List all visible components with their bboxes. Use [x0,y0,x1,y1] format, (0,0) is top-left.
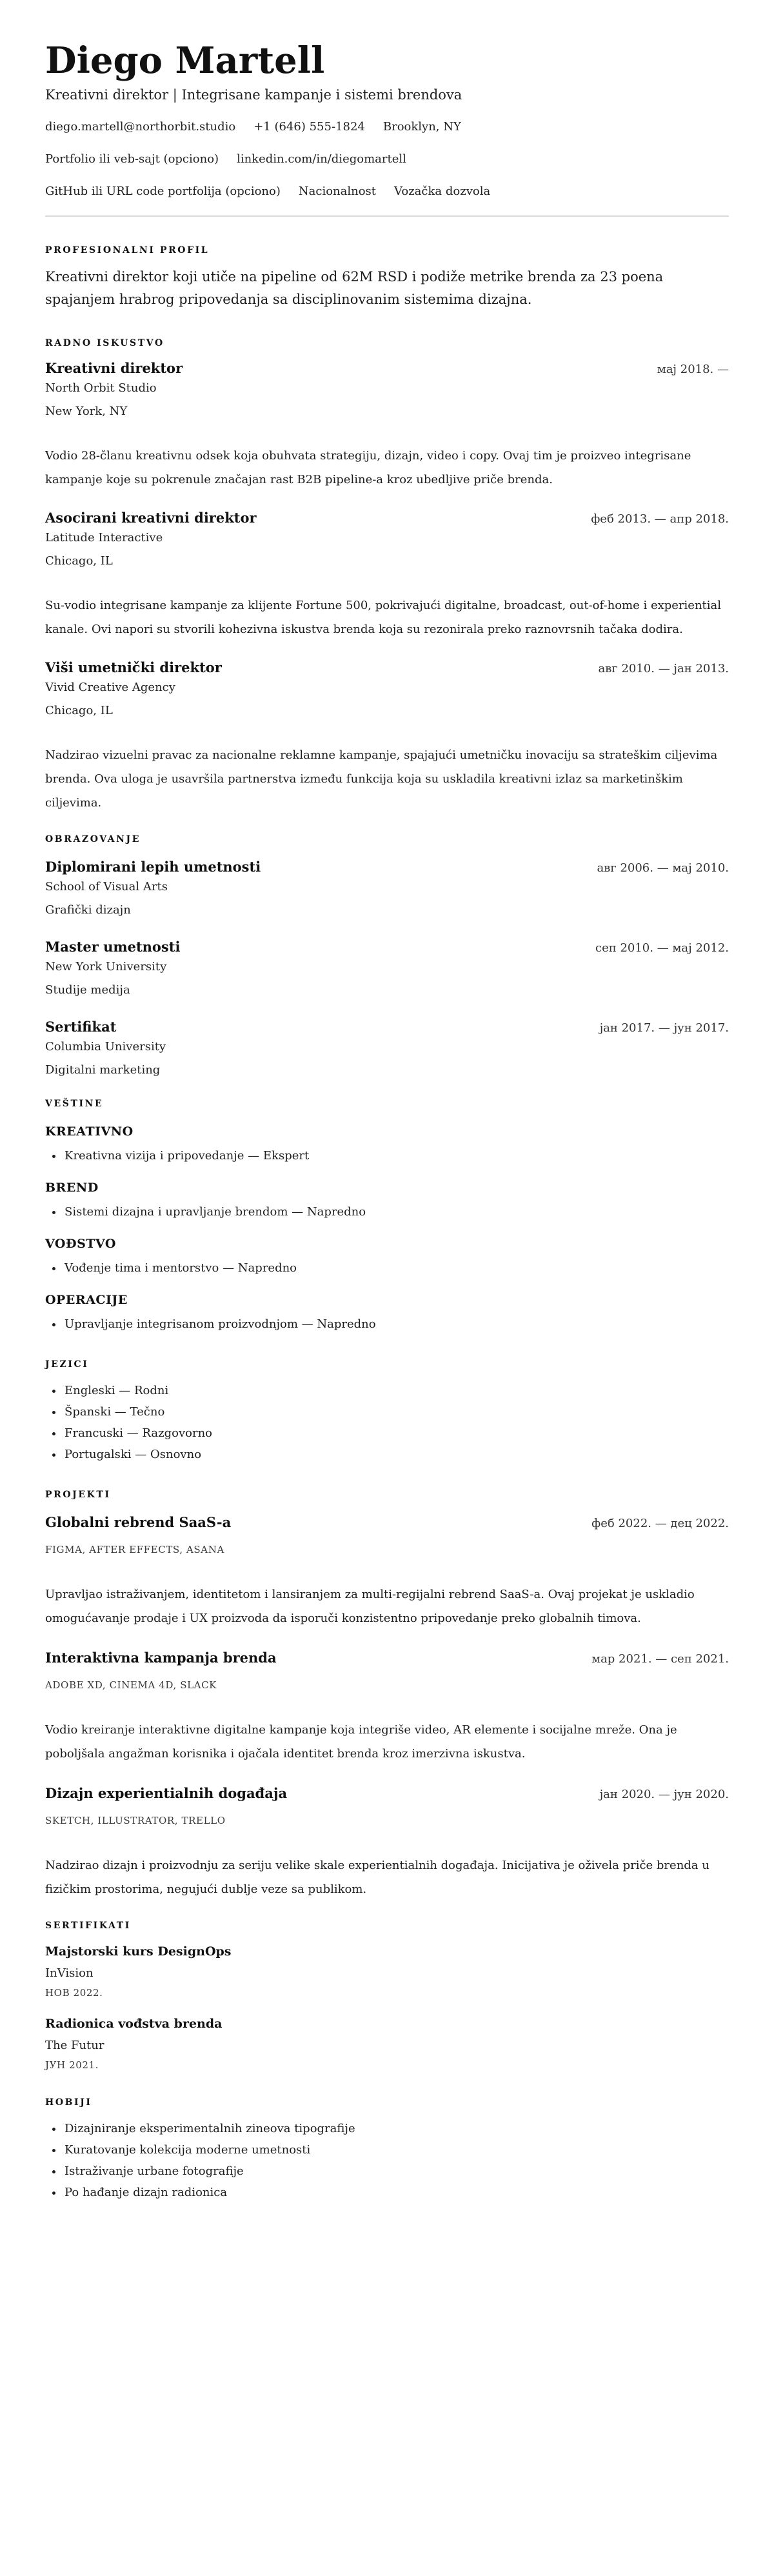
section-title-certificates: SERTIFIKATI [45,1919,729,1932]
language-item: Španski — Tečno [63,1401,729,1423]
skill-category: VOĐSTVO [45,1235,729,1252]
contact-item[interactable]: diego.martell@northorbit.studio [45,120,235,134]
languages-list: Engleski — RodniŠpanski — TečnoFrancuski… [45,1380,729,1465]
certificates-section: SERTIFIKATI Majstorski kurs DesignOpsInV… [45,1919,729,2073]
job-dates: феб 2013. — апр 2018. [591,510,729,529]
section-title-languages: JEZICI [45,1358,729,1371]
education-entry-header: Master umetnostiсеп 2010. — мај 2012. [45,937,729,958]
contact-row: Portfolio ili veb-sajt (opciono)linkedin… [45,151,729,168]
contact-item: Vozačka dozvola [394,185,490,198]
project-entry: Dizajn experientialnih događajaјан 2020.… [45,1784,729,1901]
contact-row: GitHub ili URL code portfolija (opciono)… [45,183,729,200]
job-dates: мај 2018. — [657,360,729,379]
contact-info: diego.martell@northorbit.studio+1 (646) … [45,119,729,200]
project-description: Vodio kreiranje interaktivne digitalne k… [45,1718,729,1766]
language-item: Francuski — Razgovorno [63,1423,729,1444]
language-item: Engleski — Rodni [63,1380,729,1401]
hobby-item: Dizajniranje eksperimentalnih zineova ti… [63,2118,729,2139]
education-dates: авг 2006. — мај 2010. [597,859,729,878]
school-name: School of Visual Arts [45,878,729,896]
project-dates: феб 2022. — дец 2022. [591,1514,729,1533]
section-title-profile: PROFESIONALNI PROFIL [45,244,729,257]
experience-entry-header: Viši umetnički direktorавг 2010. — јан 2… [45,658,729,679]
project-description: Nadzirao dizajn i proizvodnju za seriju … [45,1853,729,1901]
school-name: New York University [45,958,729,976]
job-title: Asocirani kreativni direktor [45,508,257,528]
resume-header: Diego Martell Kreativni direktor | Integ… [45,37,729,200]
skill-item: Upravljanje integrisanom proizvodnjom — … [63,1313,729,1335]
skill-items: Upravljanje integrisanom proizvodnjom — … [45,1313,729,1335]
education-dates: сеп 2010. — мај 2012. [595,939,729,958]
hobbies-section: HOBIJI Dizajniranje eksperimentalnih zin… [45,2096,729,2203]
certificate-entry: Majstorski kurs DesignOpsInVisionНОВ 202… [45,1942,729,2001]
education-entry-header: Sertifikatјан 2017. — јун 2017. [45,1017,729,1038]
job-location: Chicago, IL [45,702,729,720]
certificates-list: Majstorski kurs DesignOpsInVisionНОВ 202… [45,1942,729,2073]
section-title-hobbies: HOBIJI [45,2096,729,2109]
job-dates: авг 2010. — јан 2013. [598,659,729,679]
project-header: Globalni rebrend SaaS-aфеб 2022. — дец 2… [45,1513,729,1533]
education-entry: Diplomirani lepih umetnostiавг 2006. — м… [45,857,729,919]
certificate-name: Radionica vođstva brenda [45,2015,729,2033]
skill-items: Kreativna vizija i pripovedanje — Eksper… [45,1145,729,1166]
candidate-name: Diego Martell [45,37,729,84]
education-entry: Master umetnostiсеп 2010. — мај 2012.New… [45,937,729,999]
skill-item: Vođenje tima i mentorstvo — Napredno [63,1257,729,1279]
projects-list: Globalni rebrend SaaS-aфеб 2022. — дец 2… [45,1513,729,1901]
experience-list: Kreativni direktorмај 2018. —North Orbit… [45,359,729,815]
languages-section: JEZICI Engleski — RodniŠpanski — TečnoFr… [45,1358,729,1465]
experience-entry-header: Asocirani kreativni direktorфеб 2013. — … [45,508,729,529]
project-dates: мар 2021. — сеп 2021. [591,1650,729,1669]
job-title: Viši umetnički direktor [45,658,222,677]
project-tech: FIGMA, AFTER EFFECTS, ASANA [45,1543,729,1557]
project-header: Dizajn experientialnih događajaјан 2020.… [45,1784,729,1804]
certificate-date: НОВ 2022. [45,1985,729,2001]
school-name: Columbia University [45,1038,729,1056]
project-dates: јан 2020. — јун 2020. [600,1785,729,1804]
project-name: Interaktivna kampanja brenda [45,1648,277,1668]
hobbies-list: Dizajniranje eksperimentalnih zineova ti… [45,2118,729,2203]
job-location: Chicago, IL [45,552,729,570]
experience-entry: Viši umetnički direktorавг 2010. — јан 2… [45,658,729,815]
education-dates: јан 2017. — јун 2017. [600,1019,729,1038]
project-entry: Interaktivna kampanja brendaмар 2021. — … [45,1648,729,1766]
section-title-projects: PROJEKTI [45,1488,729,1501]
skill-category: OPERACIJE [45,1292,729,1308]
project-description: Upravljao istraživanjem, identitetom i l… [45,1583,729,1630]
job-description: Su-vodio integrisane kampanje za klijent… [45,594,729,641]
project-name: Globalni rebrend SaaS-a [45,1513,231,1532]
skill-item: Kreativna vizija i pripovedanje — Eksper… [63,1145,729,1166]
job-description: Nadzirao vizuelni pravac za nacionalne r… [45,743,729,815]
language-item: Portugalski — Osnovno [63,1444,729,1465]
certificate-entry: Radionica vođstva brendaThe FuturЈУН 202… [45,2015,729,2073]
education-entry: Sertifikatјан 2017. — јун 2017.Columbia … [45,1017,729,1079]
experience-entry-header: Kreativni direktorмај 2018. — [45,359,729,379]
project-header: Interaktivna kampanja brendaмар 2021. — … [45,1648,729,1669]
skill-category: BREND [45,1179,729,1196]
skill-items: Sistemi dizajna i upravljanje brendom — … [45,1201,729,1223]
education-entry-header: Diplomirani lepih umetnostiавг 2006. — м… [45,857,729,878]
degree-title: Diplomirani lepih umetnosti [45,857,261,877]
resume-page: Diego Martell Kreativni direktor | Integ… [0,0,774,2247]
degree-title: Master umetnosti [45,937,180,957]
section-title-skills: VEŠTINE [45,1097,729,1110]
skills-section: VEŠTINE KREATIVNOKreativna vizija i prip… [45,1097,729,1335]
certificate-name: Majstorski kurs DesignOps [45,1942,729,1961]
field-of-study: Studije medija [45,981,729,999]
certificate-issuer: The Futur [45,2037,729,2055]
section-title-experience: RADNO ISKUSTVO [45,337,729,350]
contact-item: Brooklyn, NY [383,120,461,134]
contact-row: diego.martell@northorbit.studio+1 (646) … [45,119,729,135]
job-title: Kreativni direktor [45,359,183,378]
contact-item: GitHub ili URL code portfolija (opciono) [45,185,281,198]
skill-item: Sistemi dizajna i upravljanje brendom — … [63,1201,729,1223]
contact-item: +1 (646) 555-1824 [253,120,365,134]
certificate-date: ЈУН 2021. [45,2057,729,2073]
project-entry: Globalni rebrend SaaS-aфеб 2022. — дец 2… [45,1513,729,1630]
skills-list: KREATIVNOKreativna vizija i pripovedanje… [45,1123,729,1335]
contact-item[interactable]: linkedin.com/in/diegomartell [237,152,406,166]
field-of-study: Grafički dizajn [45,901,729,919]
project-tech: ADOBE XD, CINEMA 4D, SLACK [45,1678,729,1692]
section-title-education: OBRAZOVANJE [45,833,729,846]
candidate-headline: Kreativni direktor | Integrisane kampanj… [45,84,729,106]
education-section: OBRAZOVANJE Diplomirani lepih umetnostiа… [45,833,729,1079]
certificate-issuer: InVision [45,1964,729,1982]
job-location: New York, NY [45,403,729,421]
profile-section: PROFESIONALNI PROFIL Kreativni direktor … [45,244,729,311]
profile-summary: Kreativni direktor koji utiče na pipelin… [45,266,729,311]
projects-section: PROJEKTI Globalni rebrend SaaS-aфеб 2022… [45,1488,729,1901]
contact-item: Nacionalnost [299,185,376,198]
header-divider [45,215,729,217]
project-name: Dizajn experientialnih događaja [45,1784,287,1803]
experience-entry: Kreativni direktorмај 2018. —North Orbit… [45,359,729,492]
education-list: Diplomirani lepih umetnostiавг 2006. — м… [45,857,729,1079]
company-name: Latitude Interactive [45,529,729,547]
company-name: Vivid Creative Agency [45,679,729,697]
project-tech: SKETCH, ILLUSTRATOR, TRELLO [45,1813,729,1828]
skill-items: Vođenje tima i mentorstvo — Napredno [45,1257,729,1279]
field-of-study: Digitalni marketing [45,1061,729,1079]
company-name: North Orbit Studio [45,379,729,397]
skill-category: KREATIVNO [45,1123,729,1140]
job-description: Vodio 28-članu kreativnu odsek koja obuh… [45,444,729,492]
experience-entry: Asocirani kreativni direktorфеб 2013. — … [45,508,729,641]
hobby-item: Istraživanje urbane fotografije [63,2161,729,2182]
contact-item: Portfolio ili veb-sajt (opciono) [45,152,219,166]
degree-title: Sertifikat [45,1017,116,1037]
hobby-item: Po hađanje dizajn radionica [63,2182,729,2203]
hobby-item: Kuratovanje kolekcija moderne umetnosti [63,2139,729,2161]
experience-section: RADNO ISKUSTVO Kreativni direktorмај 201… [45,337,729,815]
